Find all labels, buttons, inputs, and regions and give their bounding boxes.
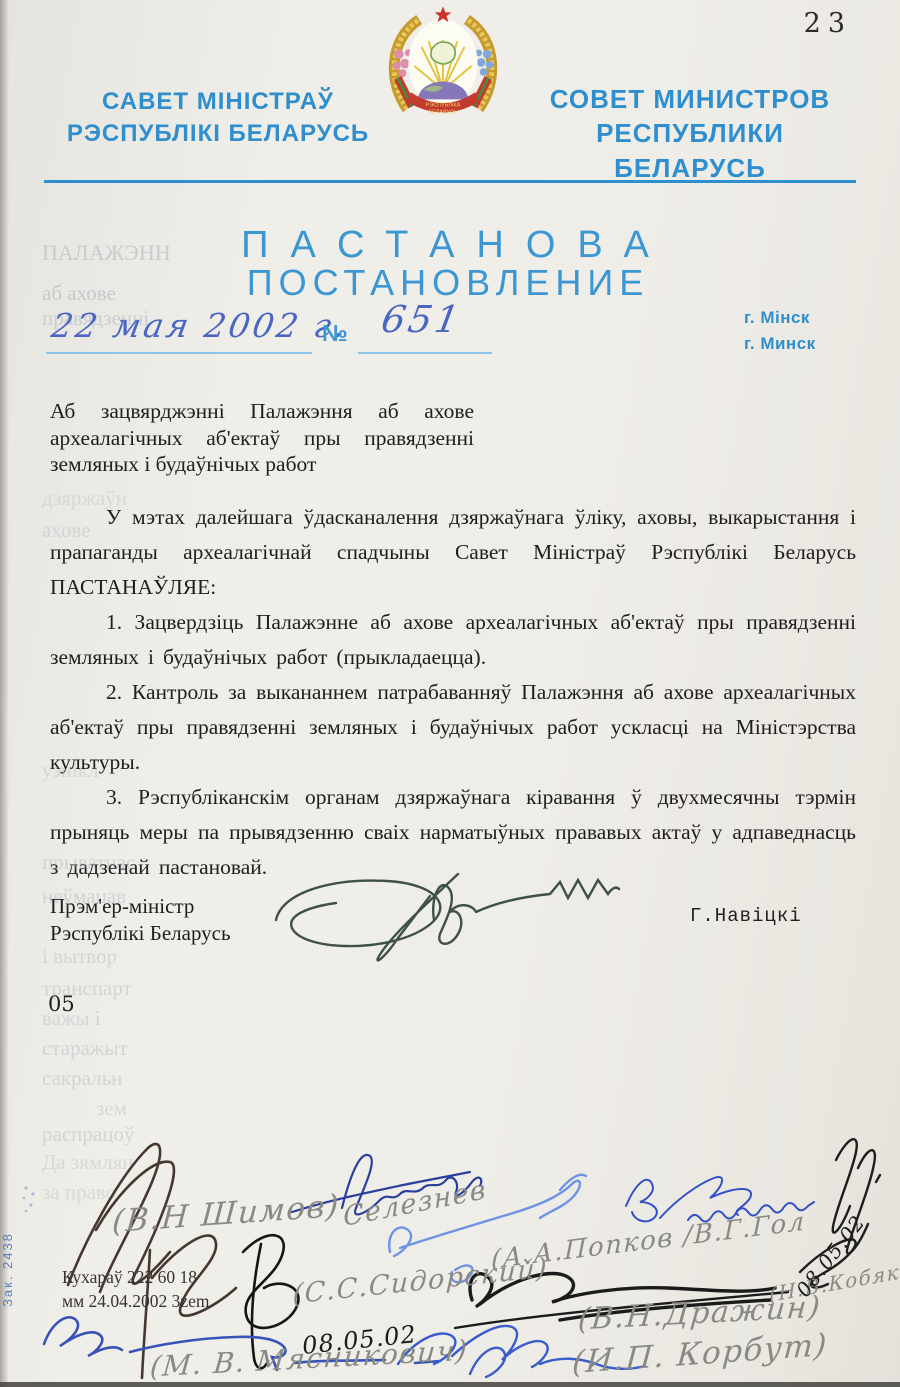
date-underline bbox=[46, 352, 312, 354]
bleedthrough-text: дзяржаўн bbox=[42, 486, 127, 511]
order-stamp-vertical: Зак. 2438 bbox=[0, 1232, 15, 1307]
footer-contact-line2: мм 24.04.2002 3zem bbox=[62, 1290, 210, 1314]
premier-signature bbox=[262, 868, 622, 968]
emblem-motto-line2: БЕЛАРУСЬ bbox=[428, 110, 457, 116]
title-line-2: археалагічных аб'ектаў пры правядзенні bbox=[50, 425, 474, 452]
document-title: Аб зацвярджэнні Палажэння аб ахове археа… bbox=[50, 398, 474, 478]
handwritten-number: 651 bbox=[378, 298, 465, 341]
document-page: 23 bbox=[0, 0, 900, 1387]
org-title-belarusian: САВЕТ МІНІСТРАЎ РЭСПУБЛІКІ БЕЛАРУСЬ bbox=[58, 86, 378, 149]
bleedthrough-text: важы і bbox=[42, 1006, 101, 1031]
bleedthrough-text: транспарт bbox=[42, 976, 132, 1001]
title-line-1: Аб зацвярджэнні Палажэння аб ахове bbox=[50, 398, 474, 425]
city-block: г. Мінск г. Минск bbox=[744, 305, 816, 356]
paragraph-item-2: 2. Кантроль за выкананнем патрабаванняў … bbox=[50, 675, 856, 780]
page-number: 23 bbox=[804, 8, 852, 39]
title-line-3: земляных і будаўнічых работ bbox=[50, 451, 474, 478]
org-title-ru-line2: РЕСПУБЛИКИ БЕЛАРУСЬ bbox=[520, 116, 860, 185]
asterisk-mark-icon bbox=[23, 1186, 35, 1212]
paragraph-item-1: 1. Зацвердзіць Палажэнне аб ахове археал… bbox=[50, 605, 856, 675]
bleedthrough-text: зем bbox=[96, 1096, 127, 1121]
footer-contact: Кухараў 222 60 18 мм 24.04.2002 3zem bbox=[62, 1266, 210, 1313]
header-divider-rule bbox=[44, 180, 856, 183]
number-underline bbox=[358, 352, 492, 354]
bleedthrough-text: правядзенні bbox=[42, 306, 149, 331]
bleedthrough-text: неўмацав bbox=[42, 884, 126, 909]
bleedthrough-text: ПАЛАЖЭНН bbox=[42, 240, 171, 266]
bleedthrough-text: і вытвор bbox=[42, 944, 117, 969]
bleedthrough-text: ахове bbox=[42, 518, 91, 543]
doc-type-belarusian: ПАСТАНОВА bbox=[150, 224, 740, 267]
bleedthrough-text: старажыт bbox=[42, 1036, 128, 1061]
premier-name: Г.Навіцкі bbox=[690, 905, 802, 927]
footer-contact-line1: Кухараў 222 60 18 bbox=[62, 1266, 210, 1290]
org-title-by-line1: САВЕТ МІНІСТРАЎ bbox=[58, 86, 378, 118]
coat-of-arms-belarus-icon: РЭСПУБЛІКА БЕЛАРУСЬ bbox=[383, 4, 503, 128]
org-title-by-line2: РЭСПУБЛІКІ БЕЛАРУСЬ bbox=[58, 118, 378, 150]
city-russian: г. Минск bbox=[744, 331, 816, 357]
bleedthrough-text: аб ахове bbox=[42, 281, 116, 306]
bleedthrough-text: узнікл bbox=[42, 758, 99, 783]
emblem-motto-line1: РЭСПУБЛІКА bbox=[426, 103, 461, 109]
bleedthrough-text: прыватнас bbox=[42, 850, 135, 875]
signature-shimov bbox=[68, 1144, 236, 1378]
city-belarusian: г. Мінск bbox=[744, 305, 816, 331]
org-title-ru-line1: СОВЕТ МИНИСТРОВ bbox=[520, 82, 860, 116]
paragraph-preamble: У мэтах далейшага ўдасканалення дзяржаўн… bbox=[50, 500, 856, 605]
bleedthrough-text: сакральн bbox=[42, 1066, 122, 1091]
number-sign: № bbox=[322, 320, 348, 347]
document-body: У мэтах далейшага ўдасканалення дзяржаўн… bbox=[50, 500, 856, 885]
org-title-russian: СОВЕТ МИНИСТРОВ РЕСПУБЛИКИ БЕЛАРУСЬ bbox=[520, 82, 860, 185]
